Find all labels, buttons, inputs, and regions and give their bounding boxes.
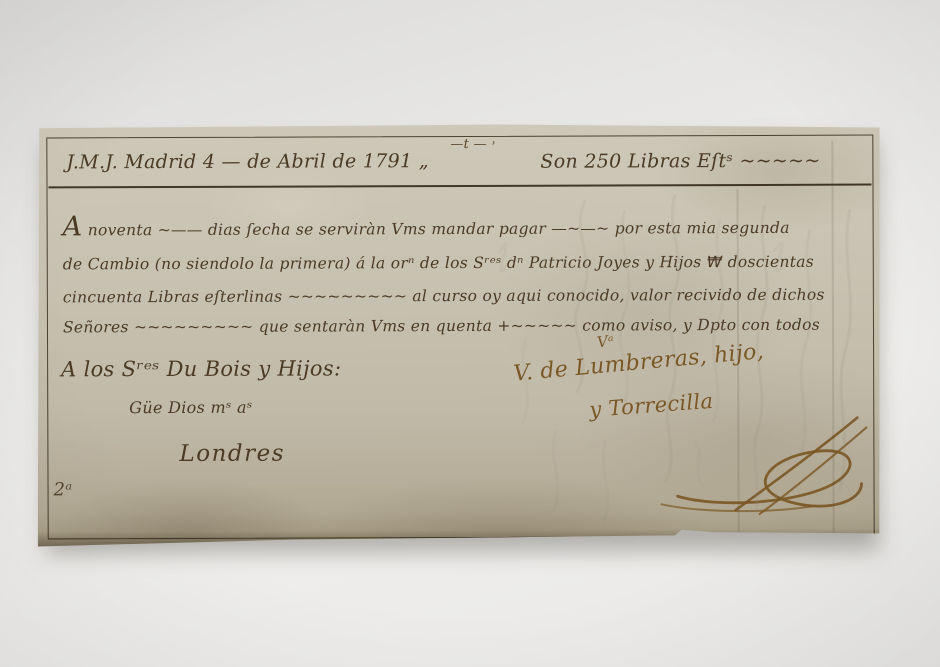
addressee-line: A los Sʳᵉˢ Du Bois y Hijos: — [61, 356, 341, 381]
header-band: J.M.J. Madrid 4 — de Abril de 1791 „ —t … — [48, 137, 871, 189]
photograph-background: J.M.J. Madrid 4 — de Abril de 1791 „ —t … — [0, 0, 940, 667]
bill-of-exchange-document: J.M.J. Madrid 4 — de Abril de 1791 „ —t … — [36, 119, 882, 547]
destination-city: Londres — [179, 441, 285, 467]
copy-number: 2ᵃ — [54, 479, 73, 500]
dateline: J.M.J. Madrid 4 — de Abril de 1791 „ — [66, 150, 429, 173]
ink-bleedthrough-marks — [465, 191, 876, 537]
tick-mark: —t — ˒ — [450, 137, 495, 152]
greeting-abbreviation: Güe Dios mˢ aˢ — [129, 398, 252, 417]
amount-summary: Son 250 Libras Eſtˢ ~~~~~ — [540, 150, 820, 173]
